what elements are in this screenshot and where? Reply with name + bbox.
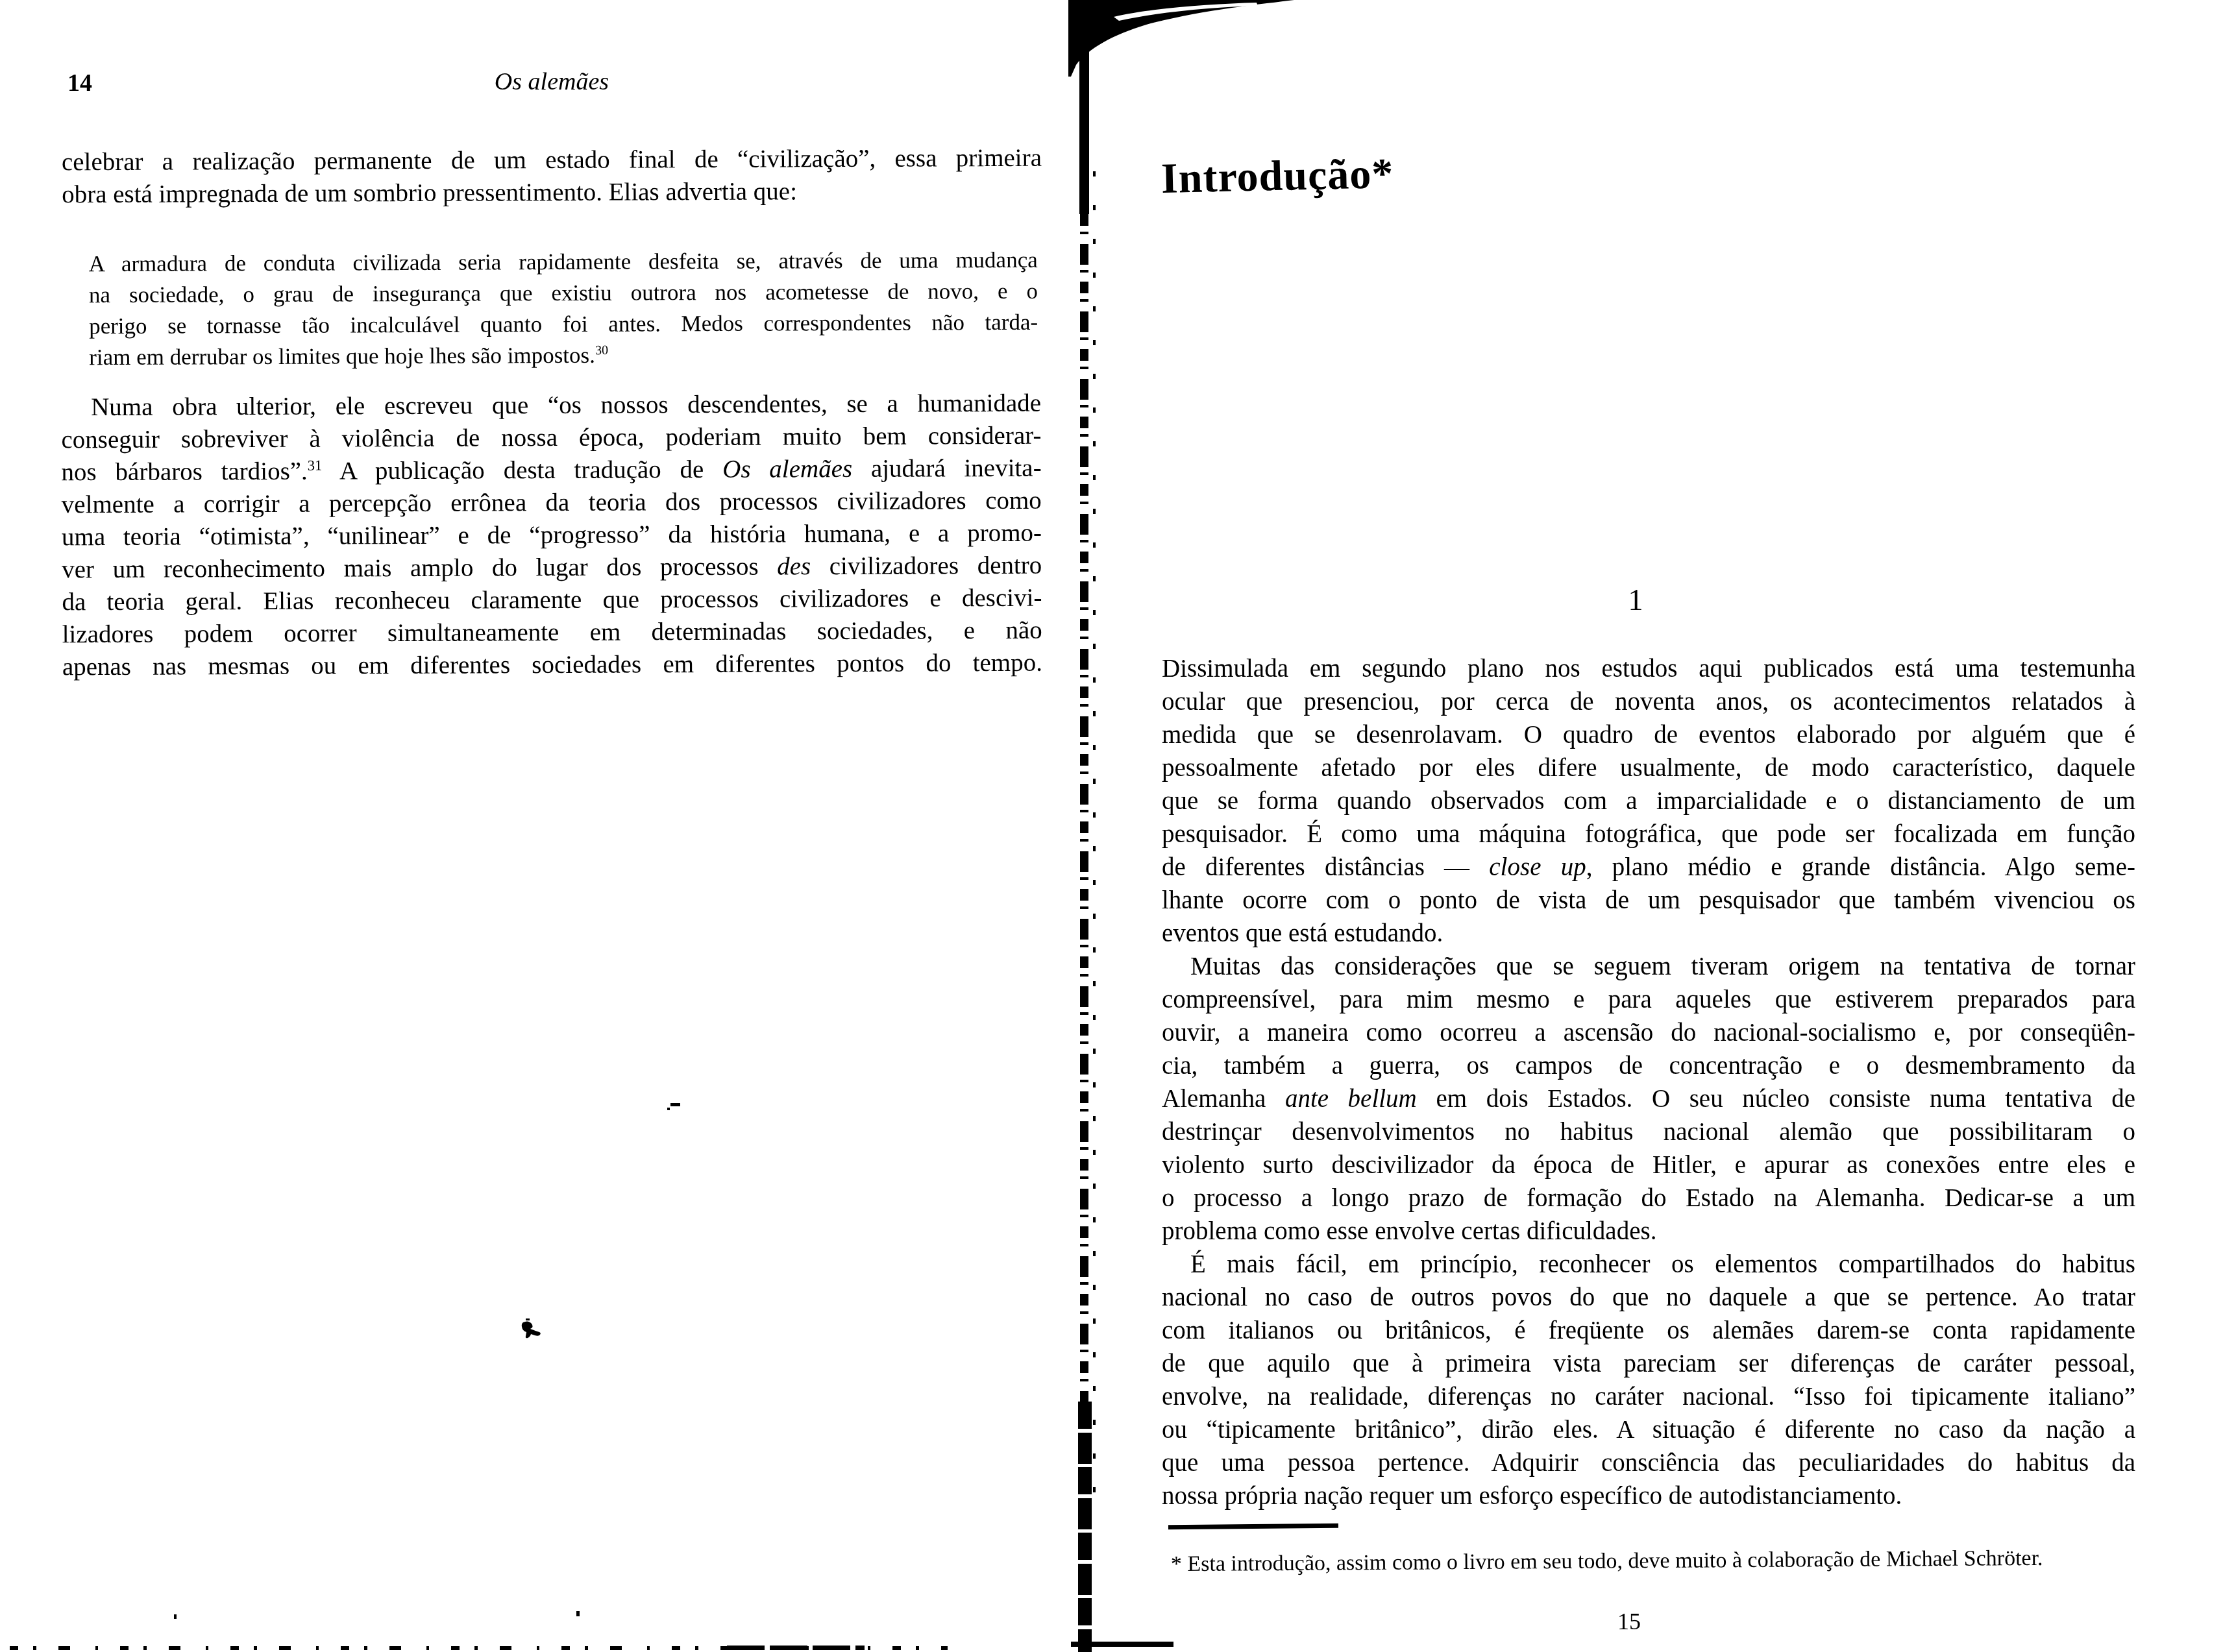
text-line: Muitas das considerações que se seguem t…: [1162, 950, 2135, 983]
gutter-line: [1078, 1402, 1092, 1652]
text-line: velmente a corrigir a percepção errônea …: [62, 485, 1042, 522]
text-line: medida que se desenrolavam. O quadro de …: [1162, 718, 2135, 751]
text-line: A armadura de conduta civilizada seria r…: [89, 245, 1038, 280]
text-line: ouvir, a maneira como ocorreu a ascensão…: [1162, 1016, 2135, 1049]
text-line: celebrar a realização permanente de um e…: [62, 142, 1042, 179]
text-line: problema como esse envolve certas dificu…: [1162, 1215, 2135, 1248]
text-line: lhante ocorre com o ponto de vista de um…: [1162, 884, 2135, 917]
book-scan-spread: 14 Os alemães celebrar a realização perm…: [0, 0, 2223, 1652]
text-line: ver um reconhecimento mais amplo do luga…: [62, 550, 1042, 587]
scan-artifact-speck: [174, 1614, 177, 1619]
gutter-line: [1080, 214, 1088, 1402]
text-line: pessoalmente afetado por eles difere usu…: [1162, 751, 2135, 784]
scan-artifact-speck: [576, 1611, 580, 1616]
text-line: cia, também a guerra, os campos de conce…: [1162, 1049, 2135, 1082]
left-paragraph-1: celebrar a realização permanente de um e…: [62, 142, 1042, 212]
text-line: da teoria geral. Elias reconheceu claram…: [62, 582, 1042, 619]
footnote-text: * Esta introdução, assim como o livro em…: [1171, 1544, 2144, 1579]
text-line: conseguir sobreviver à violência de noss…: [61, 420, 1041, 457]
right-paragraph-1: Dissimulada em segundo plano nos estudos…: [1162, 652, 2135, 950]
text-line: o processo a longo prazo de formação do …: [1162, 1182, 2135, 1215]
text-line: riam em derrubar os limites que hoje lhe…: [89, 338, 1038, 373]
text-line: nossa própria nação requer um esforço es…: [1162, 1479, 2135, 1512]
gutter-line: [1079, 0, 1089, 214]
text-line: de diferentes distâncias — close up, pla…: [1162, 851, 2135, 884]
text-line: eventos que está estudando.: [1162, 917, 2135, 950]
scan-artifact-dash: [670, 1103, 680, 1106]
section-number: 1: [1162, 583, 2135, 617]
text-line: Numa obra ulterior, ele escreveu que “os…: [61, 387, 1041, 424]
footnote-rule: [1168, 1524, 1338, 1530]
scan-edge-noise: [727, 1646, 865, 1650]
text-line: que se forma quando observados com a imp…: [1162, 784, 2135, 818]
gutter-bottom-line: [1071, 1642, 1173, 1647]
text-line: apenas nas mesmas ou em diferentes socie…: [62, 647, 1042, 684]
text-line: nacional no caso de outros povos do que …: [1162, 1281, 2135, 1314]
text-line: nos bárbaros tardios”.31 A publicação de…: [61, 452, 1041, 489]
text-line: violento surto descivilizador da época d…: [1162, 1148, 2135, 1182]
text-line: Dissimulada em segundo plano nos estudos…: [1162, 652, 2135, 685]
text-line: compreensível, para mim mesmo e para aqu…: [1162, 983, 2135, 1016]
text-line: de que aquilo que à primeira vista parec…: [1162, 1347, 2135, 1380]
text-line: na sociedade, o grau de insegurança que …: [89, 276, 1038, 311]
left-paragraph-2: Numa obra ulterior, ele escreveu que “os…: [61, 387, 1042, 684]
text-line: destrinçar desenvolvimentos no habitus n…: [1162, 1115, 2135, 1148]
text-line: obra está impregnada de um sombrio press…: [62, 175, 1042, 212]
chapter-title: Introdução*: [1161, 149, 1394, 204]
text-line: Alemanha ante bellum em dois Estados. O …: [1162, 1082, 2135, 1115]
text-line: com italianos ou britânicos, é freqüente…: [1162, 1314, 2135, 1347]
text-line: lizadores podem ocorrer simultaneamente …: [62, 614, 1042, 651]
scan-artifact-dot: [667, 1108, 670, 1110]
text-line: envolve, na realidade, diferenças no car…: [1162, 1380, 2135, 1413]
right-paragraph-2: Muitas das considerações que se seguem t…: [1162, 950, 2135, 1248]
text-line: uma teoria “otimista”, “unilinear” e de …: [62, 517, 1042, 554]
right-paragraph-3: É mais fácil, em princípio, reconhecer o…: [1162, 1248, 2135, 1512]
scan-artifact-ink-blob: [519, 1316, 548, 1350]
right-page-number: 15: [1162, 1608, 2135, 1635]
text-line: que uma pessoa pertence. Adquirir consci…: [1162, 1446, 2135, 1479]
gutter-speckle: [1093, 143, 1096, 1505]
gutter-top-wedge: [1068, 0, 1296, 78]
running-head: Os alemães: [62, 67, 1042, 96]
text-line: ocular que presenciou, por cerca de nove…: [1162, 685, 2135, 718]
text-line: ou “tipicamente britânico”, dirão eles. …: [1162, 1413, 2135, 1446]
text-line: pesquisador. É como uma máquina fotográf…: [1162, 818, 2135, 851]
text-line: perigo se tornasse tão incalculável quan…: [89, 307, 1038, 342]
text-line: É mais fácil, em princípio, reconhecer o…: [1162, 1248, 2135, 1281]
block-quote: A armadura de conduta civilizada seria r…: [89, 245, 1038, 373]
